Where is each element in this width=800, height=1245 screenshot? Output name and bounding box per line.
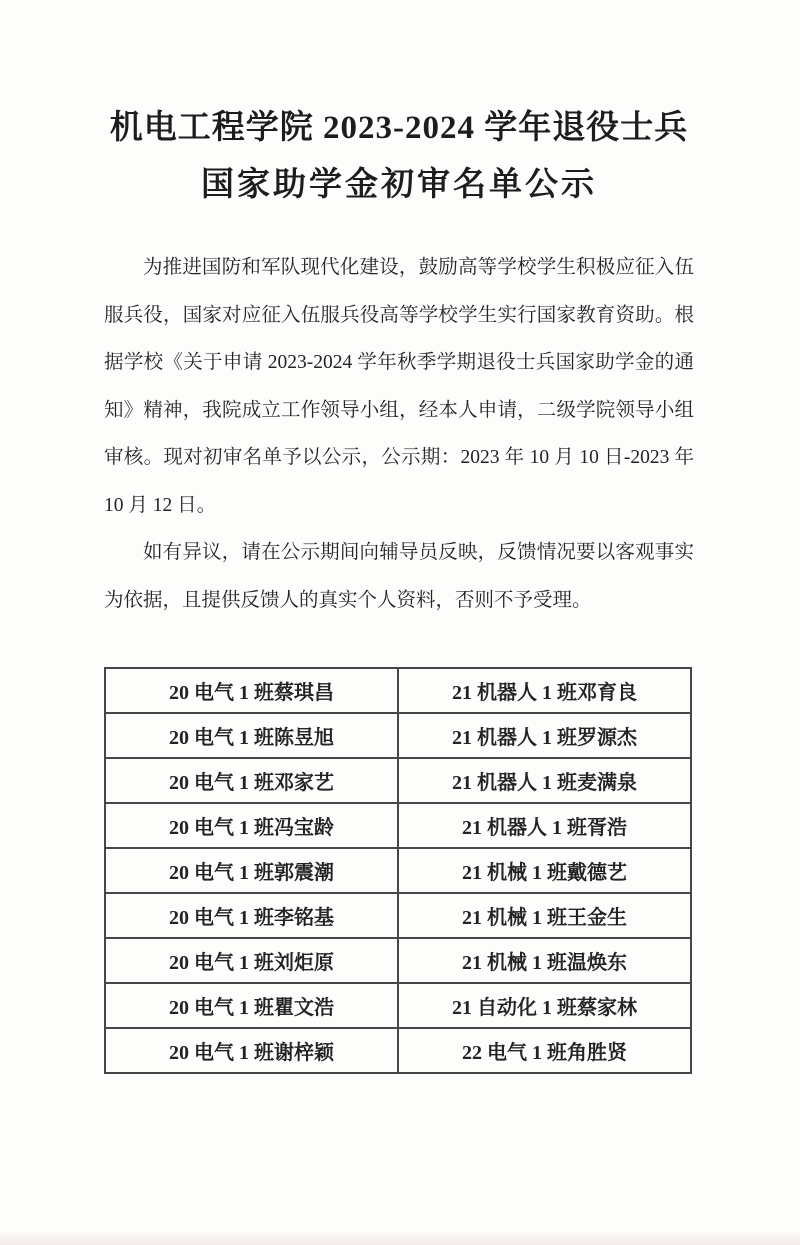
student-entry: 20 电气 1 班刘炬原 [105, 938, 398, 983]
student-entry: 21 机械 1 班温焕东 [398, 938, 691, 983]
table-row: 20 电气 1 班郭震潮 21 机械 1 班戴德艺 [105, 848, 691, 893]
student-entry: 20 电气 1 班蔡琪昌 [105, 668, 398, 713]
paragraph-1-line-4: 知》精神，我院成立工作领导小组，经本人申请，二级学院领导小组 [104, 387, 694, 435]
table-row: 20 电气 1 班瞿文浩 21 自动化 1 班蔡家林 [105, 983, 691, 1028]
scanned-announcement-page: 机电工程学院 2023-2024 学年退役士兵 国家助学金初审名单公示 为推进国… [0, 0, 800, 1245]
paragraph-1-line-3: 据学校《关于申请 2023-2024 学年秋季学期退役士兵国家助学金的通 [104, 339, 694, 387]
student-entry: 20 电气 1 班瞿文浩 [105, 983, 398, 1028]
paragraph-1-line-6: 10 月 12 日。 [104, 482, 694, 530]
scan-edge-artifact [0, 1231, 800, 1245]
student-entry: 21 机器人 1 班麦满泉 [398, 758, 691, 803]
student-entry: 20 电气 1 班郭震潮 [105, 848, 398, 893]
student-entry: 20 电气 1 班李铭基 [105, 893, 398, 938]
document-content: 机电工程学院 2023-2024 学年退役士兵 国家助学金初审名单公示 为推进国… [104, 0, 694, 1074]
paragraph-2-line-1: 如有异议，请在公示期间向辅导员反映，反馈情况要以客观事实 [104, 529, 694, 577]
student-entry: 21 机器人 1 班罗源杰 [398, 713, 691, 758]
title-line-1: 机电工程学院 2023-2024 学年退役士兵 [104, 100, 694, 157]
student-entry: 21 机器人 1 班胥浩 [398, 803, 691, 848]
table-row: 20 电气 1 班刘炬原 21 机械 1 班温焕东 [105, 938, 691, 983]
table-row: 20 电气 1 班邓家艺 21 机器人 1 班麦满泉 [105, 758, 691, 803]
student-entry: 20 电气 1 班冯宝龄 [105, 803, 398, 848]
paragraph-2-line-2: 为依据，且提供反馈人的真实个人资料，否则不予受理。 [104, 577, 694, 625]
table-row: 20 电气 1 班李铭基 21 机械 1 班王金生 [105, 893, 691, 938]
student-entry: 20 电气 1 班陈昱旭 [105, 713, 398, 758]
student-entry: 22 电气 1 班角胜贤 [398, 1028, 691, 1073]
title-line-2: 国家助学金初审名单公示 [104, 157, 694, 214]
student-roster-table: 20 电气 1 班蔡琪昌 21 机器人 1 班邓育良 20 电气 1 班陈昱旭 … [104, 667, 692, 1074]
table-row: 20 电气 1 班谢梓颖 22 电气 1 班角胜贤 [105, 1028, 691, 1073]
student-entry: 21 自动化 1 班蔡家林 [398, 983, 691, 1028]
table-row: 20 电气 1 班冯宝龄 21 机器人 1 班胥浩 [105, 803, 691, 848]
student-entry: 21 机械 1 班王金生 [398, 893, 691, 938]
student-entry: 20 电气 1 班邓家艺 [105, 758, 398, 803]
student-roster-body: 20 电气 1 班蔡琪昌 21 机器人 1 班邓育良 20 电气 1 班陈昱旭 … [105, 668, 691, 1073]
paragraph-1-line-1: 为推进国防和军队现代化建设，鼓励高等学校学生积极应征入伍 [104, 244, 694, 292]
document-title: 机电工程学院 2023-2024 学年退役士兵 国家助学金初审名单公示 [104, 100, 694, 214]
paragraph-1-line-5: 审核。现对初审名单予以公示，公示期：2023 年 10 月 10 日-2023 … [104, 434, 694, 482]
table-row: 20 电气 1 班陈昱旭 21 机器人 1 班罗源杰 [105, 713, 691, 758]
student-entry: 20 电气 1 班谢梓颖 [105, 1028, 398, 1073]
document-body: 为推进国防和军队现代化建设，鼓励高等学校学生积极应征入伍 服兵役，国家对应征入伍… [104, 244, 694, 624]
student-entry: 21 机器人 1 班邓育良 [398, 668, 691, 713]
table-row: 20 电气 1 班蔡琪昌 21 机器人 1 班邓育良 [105, 668, 691, 713]
paragraph-1-line-2: 服兵役，国家对应征入伍服兵役高等学校学生实行国家教育资助。根 [104, 292, 694, 340]
student-entry: 21 机械 1 班戴德艺 [398, 848, 691, 893]
